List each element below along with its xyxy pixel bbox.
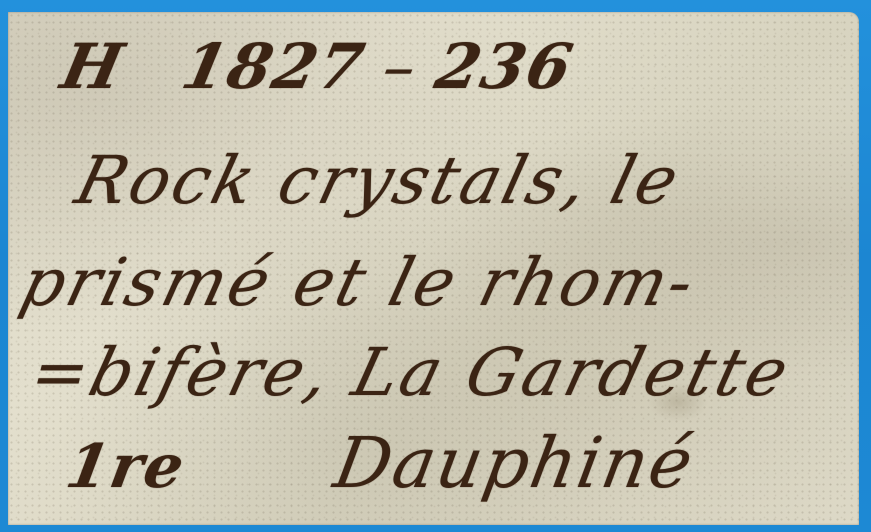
specimen-label: H1827–236 Rock crystals, le prismé et le… [8, 12, 859, 525]
catalog-number: 236 [429, 30, 580, 103]
label-mark: 1re [61, 432, 191, 502]
label-line-2: Rock crystals, le [68, 142, 688, 219]
label-line-4: =bifère, La Gardette [23, 334, 798, 411]
label-line-catalog: H1827–236 [55, 30, 580, 103]
locality-region: Dauphiné [328, 422, 700, 504]
catalog-year: 1827 [176, 30, 372, 103]
label-line-5: 1reDauphiné [61, 422, 701, 504]
catalog-separator: – [376, 30, 425, 103]
label-line-3: prismé et le rhom- [13, 244, 704, 321]
